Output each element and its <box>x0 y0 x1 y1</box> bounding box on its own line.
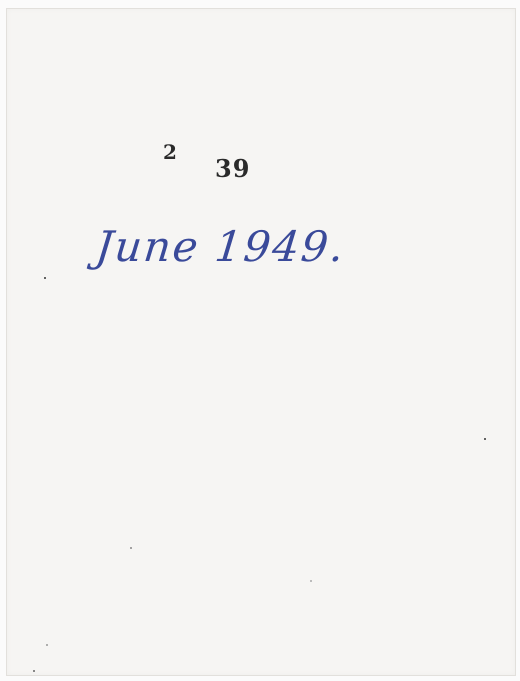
paper-speck <box>33 670 35 672</box>
paper-speck <box>484 438 486 440</box>
paper-speck <box>130 547 132 549</box>
paper-speck <box>46 644 48 646</box>
handwritten-date: June 1949. <box>93 222 348 271</box>
paper-speck <box>310 580 312 582</box>
paper-speck <box>44 277 46 279</box>
photo-back-card <box>6 8 516 676</box>
stamped-number-2: 2 <box>163 140 178 164</box>
stamped-number-39: 39 <box>215 154 250 183</box>
